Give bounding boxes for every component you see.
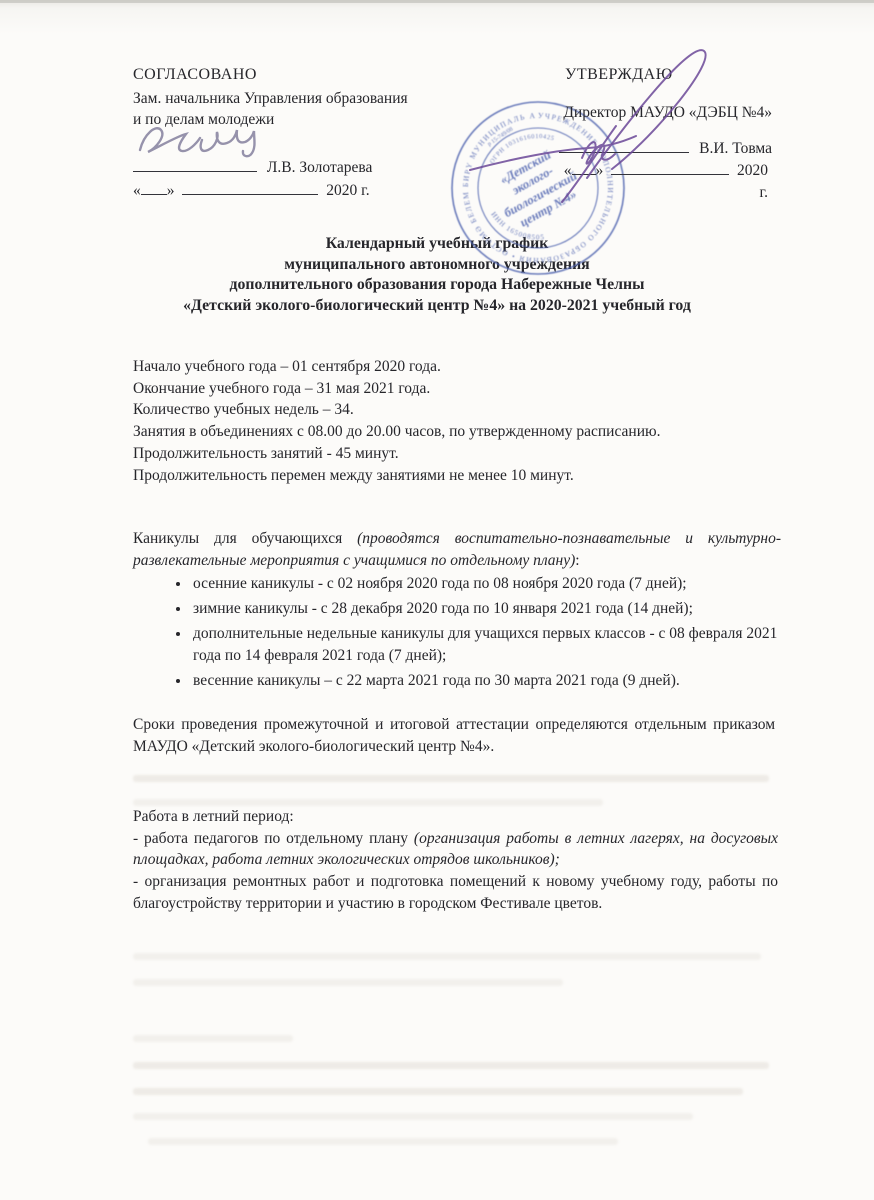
approval-left-status: СОГЛАСОВАНО [133, 64, 463, 86]
summer-item2: - организация ремонтных работ и подготов… [133, 871, 778, 914]
vacation-item-autumn: осенние каникулы - с 02 ноября 2020 года… [191, 573, 781, 595]
attestation-paragraph: Сроки проведения промежуточной и итогово… [133, 714, 775, 757]
vacations-intro-colon: : [575, 552, 579, 569]
schedule-section: Начало учебного года – 01 сентября 2020 … [133, 356, 778, 486]
schedule-line: Количество учебных недель – 34. [133, 399, 778, 421]
title-line2: муниципального автономного учреждения [97, 255, 777, 276]
scan-edge-shadow [0, 0, 874, 3]
bleed-through-line [133, 1062, 769, 1069]
summer-item1: - работа педагогов по отдельному плану (… [133, 828, 778, 871]
vacation-item-spring: весенние каникулы – с 22 марта 2021 года… [191, 670, 781, 692]
schedule-line: Продолжительность перемен между занятиям… [133, 465, 778, 487]
vacations-intro-plain: Каникулы для обучающихся [133, 530, 357, 547]
quote-close: » [167, 182, 175, 199]
vacations-intro: Каникулы для обучающихся (проводятся вос… [133, 528, 781, 571]
vacations-list: осенние каникулы - с 02 ноября 2020 года… [133, 573, 781, 691]
bleed-through-line [133, 979, 563, 986]
director-signature [440, 30, 780, 220]
approval-left-year: 2020 г. [326, 182, 369, 199]
title-line3: дополнительного образования города Набер… [97, 275, 777, 296]
bleed-through-line [133, 1113, 693, 1120]
summer-heading: Работа в летний период: [133, 806, 778, 828]
month-blank [182, 181, 318, 195]
schedule-line: Окончание учебного года – 31 мая 2021 го… [133, 378, 778, 400]
approval-left-date-line: «» 2020 г. [133, 180, 463, 202]
bleed-through-line [133, 953, 761, 960]
document-title: Календарный учебный график муниципальног… [97, 234, 777, 316]
bleed-through-line [133, 799, 603, 806]
schedule-line: Занятия в объединениях с 08.00 до 20.00 … [133, 421, 778, 443]
day-blank [141, 181, 167, 195]
bleed-through-line [148, 1138, 618, 1145]
quote-open: « [133, 182, 141, 199]
bleed-through-line [133, 1088, 743, 1095]
approval-left-name: Л.В. Золотарева [267, 159, 373, 176]
schedule-line: Начало учебного года – 01 сентября 2020 … [133, 356, 778, 378]
approver-signature [130, 116, 270, 168]
schedule-line: Продолжительность занятий - 45 минут. [133, 443, 778, 465]
scanned-page: УЧРЕЖДЕНИЕ ДОПОЛНИТЕЛЬНОГО ОБРАЗОВАНИЯ •… [0, 0, 874, 1200]
summer-item1-plain: - работа педагогов по отдельному плану [133, 830, 414, 847]
title-line1: Календарный учебный график [97, 234, 777, 255]
title-line4: «Детский эколого-биологический центр №4»… [97, 296, 777, 317]
bleed-through-line [133, 1035, 293, 1042]
vacation-item-winter: зимние каникулы - с 28 декабря 2020 года… [191, 598, 781, 620]
vacations-section: Каникулы для обучающихся (проводятся вос… [133, 528, 781, 695]
approval-left-line1: Зам. начальника Управления образования [133, 88, 463, 110]
vacation-item-first-grade: дополнительные недельные каникулы для уч… [191, 623, 781, 666]
summer-section: Работа в летний период: - работа педагог… [133, 806, 778, 915]
bleed-through-line [133, 775, 769, 782]
